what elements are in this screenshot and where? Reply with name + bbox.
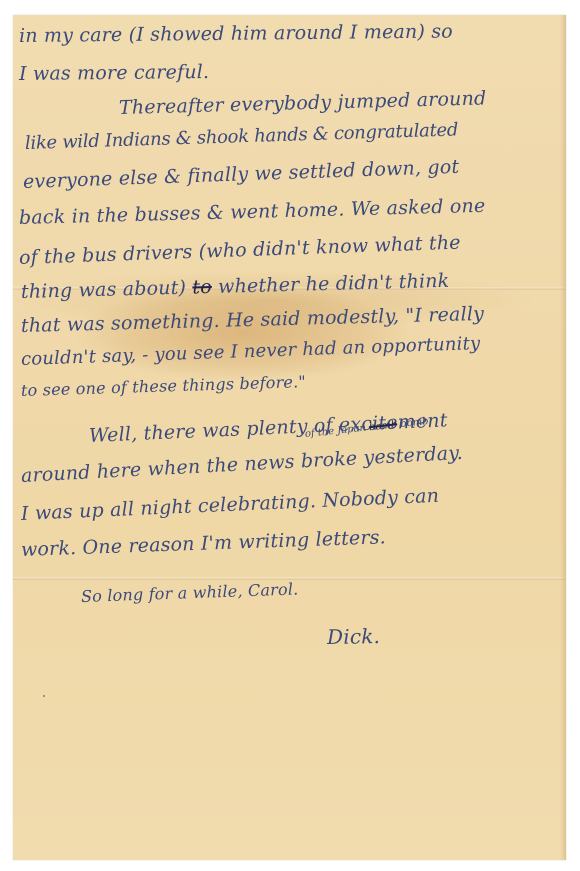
signature: Dick. [327, 624, 381, 649]
letter-line: Thereafter everybody jumped around [119, 87, 487, 119]
letter-line: to see one of these things before." [21, 372, 306, 400]
letter-line: couldn't say, - you see I never had an o… [21, 333, 481, 370]
letter-line: around here when the news broke yesterda… [20, 442, 463, 487]
letter-page: in my care (I showed him around I mean) … [13, 15, 566, 860]
letter-line: I was up all night celebrating. Nobody c… [21, 485, 440, 525]
letter-line: everyone else & finally we settled down,… [23, 156, 460, 193]
letter-line: work. One reason I'm writing letters. [21, 526, 387, 561]
letter-line: in my care (I showed him around I mean) … [19, 20, 453, 47]
letter-line: like wild Indians & shook hands & congra… [25, 119, 459, 154]
letter-line: I was more careful. [19, 61, 209, 85]
line-text: whether he didn't think [212, 270, 450, 298]
paper-speck [43, 695, 45, 697]
line-text: thing was about) [21, 277, 193, 303]
letter-line: thing was about) to whether he didn't th… [21, 270, 450, 303]
letter-line: of the bus drivers (who didn't know what… [19, 232, 461, 269]
struck-word: to [192, 276, 212, 299]
letter-line: back in the busses & went home. We asked… [19, 195, 486, 229]
letter-line: that was something. He said modestly, "I… [21, 303, 485, 337]
closing-line: So long for a while, Carol. [81, 579, 299, 606]
